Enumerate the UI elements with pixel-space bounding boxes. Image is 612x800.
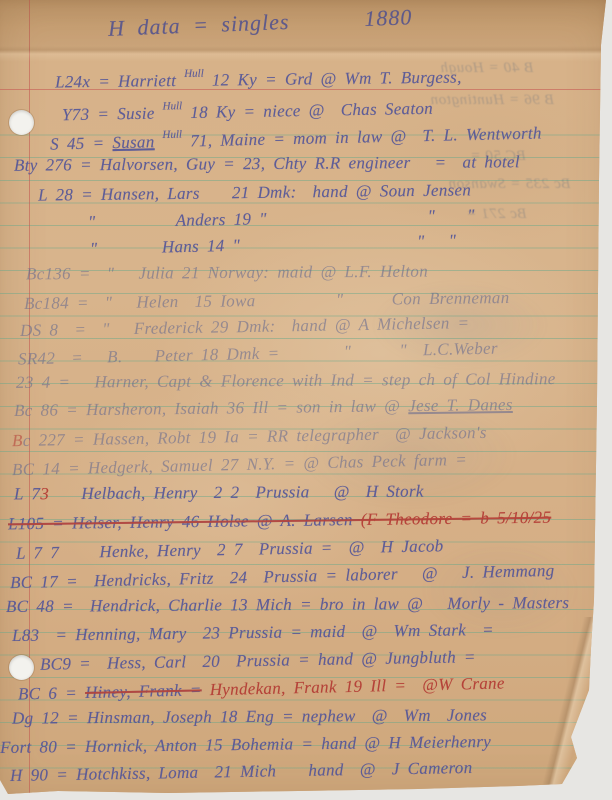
paper-sheet: H data = singles 1880L24x = Harriett Hul… — [0, 0, 612, 800]
handwritten-entry: L24x = Harriett Hull 12 Ky = Grd @ Wm T.… — [55, 66, 462, 91]
handwritten-entry: BC 17 = Hendricks, Fritz 24 Prussia = la… — [10, 562, 555, 591]
ink-text: Dg 12 = Hinsman, Joseph 18 Eng = nephew … — [12, 705, 487, 727]
ink-text: 71, Maine = mom in law @ T. L. Wentworth — [182, 123, 542, 150]
scanned-document: H data = singles 1880L24x = Harriett Hul… — [0, 0, 612, 800]
ink-text: Jese T. Danes — [408, 395, 513, 415]
ink-text: L105 = Helser, Henry 46 Holse @ A. Larse… — [8, 510, 361, 533]
ink-text: Hull — [162, 129, 182, 141]
ink-text: BC 6 = — [18, 683, 85, 704]
ink-text: Bc 86 = Harsheron, Isaiah 36 Ill = son i… — [14, 396, 408, 420]
handwritten-entry: Y73 = Susie Hull 18 Ky = niece @ Chas Se… — [62, 97, 433, 123]
handwritten-entry: DS 8 = " Frederick 29 Dmk: hand @ A Mich… — [20, 314, 478, 339]
handwritten-entry: Bc184 = " Helen 15 Iowa " Con Brenneman — [24, 289, 510, 312]
ink-text: Hull — [184, 68, 204, 80]
handwritten-entry: BC9 = Hess, Carl 20 Prussia = hand @ Jun… — [40, 648, 476, 673]
page-title: H data = singles 1880 — [108, 6, 413, 40]
handwritten-entry: Bc 227 = Hassen, Robt 19 Ia = RR telegra… — [12, 424, 487, 449]
handwritten-entry: L 28 = Hansen, Lars 21 Dmk: hand @ Soun … — [38, 181, 471, 203]
punch-hole-bottom — [9, 655, 34, 680]
ink-text: H data = singles 1880 — [108, 4, 413, 41]
handwritten-entry: BC 48 = Hendrick, Charlie 13 Mich = bro … — [6, 594, 569, 615]
handwritten-entry: BC 14 = Hedgerk, Samuel 27 N.Y. = @ Chas… — [12, 451, 467, 478]
ink-text: DS 8 = " Frederick 29 Dmk: hand @ A Mich… — [20, 313, 478, 340]
ink-text: 12 Ky = Grd @ Wm T. Burgess, — [204, 68, 462, 90]
red-ink-text: Hyndekan, Frank 19 Ill = @W Crane — [201, 673, 504, 699]
handwritten-entry: SR42 = B. Peter 18 Dmk = " " L.C.Weber — [18, 340, 498, 368]
ink-text: L 7 7 Henke, Henry 2 7 Prussia = @ H Jac… — [16, 536, 444, 562]
ink-text: SR42 = B. Peter 18 Dmk = " " L.C.Weber — [18, 339, 498, 369]
handwritten-entry: BC 6 = Hiney, Frank = Hyndekan, Frank 19… — [18, 674, 505, 702]
ink-text: BC9 = Hess, Carl 20 Prussia = hand @ Jun… — [40, 647, 476, 674]
handwritten-entry: " Hans 14 " " " — [90, 232, 456, 257]
red-ink-text: 3 — [40, 484, 49, 503]
handwritten-entry: L 73 Helbach, Henry 2 2 Prussia @ H Stor… — [14, 483, 424, 503]
ink-text: Bty 276 = Halvorsen, Guy = 23, Chty R.R … — [14, 152, 520, 175]
ink-text: L83 = Henning, Mary 23 Prussia = maid @ … — [12, 620, 494, 645]
handwritten-entry: H 90 = Hotchkiss, Loma 21 Mich hand @ J … — [10, 759, 473, 784]
ink-text: BC 14 = Hedgerk, Samuel 27 N.Y. = @ Chas… — [12, 450, 467, 479]
ink-text: L 7 — [14, 484, 40, 503]
handwritten-entry: L83 = Henning, Mary 23 Prussia = maid @ … — [12, 621, 494, 644]
ink-text: L 28 = Hansen, Lars 21 Dmk: hand @ Soun … — [38, 180, 471, 204]
ink-text: Fort 80 = Hornick, Anton 15 Bohemia = ha… — [0, 732, 491, 757]
ink-text: H 90 = Hotchkiss, Loma 21 Mich hand @ J … — [10, 758, 473, 785]
ink-text: Hiney, Frank = — [85, 680, 202, 702]
handwritten-entry: L105 = Helser, Henry 46 Holse @ A. Larse… — [8, 509, 551, 533]
bleed-through-text: B 96 = Huntington — [430, 92, 554, 109]
handwritten-entry: L 7 7 Henke, Henry 2 7 Prussia = @ H Jac… — [16, 537, 444, 561]
punch-hole-top — [9, 110, 34, 135]
handwritten-entry: Bty 276 = Halvorsen, Guy = 23, Chty R.R … — [14, 153, 520, 174]
bleed-through-text: BC 50 = — [470, 148, 526, 165]
handwritten-entry: Bc 86 = Harsheron, Isaiah 36 Ill = son i… — [14, 396, 513, 419]
ink-text: BC 48 = Hendrick, Charlie 13 Mich = bro … — [6, 593, 569, 616]
handwritten-entry: Fort 80 = Hornick, Anton 15 Bohemia = ha… — [0, 733, 491, 756]
ink-text: " Anders 19 " " " — [88, 206, 475, 232]
ink-text: 23 4 = Harner, Capt & Florence with Ind … — [16, 369, 556, 392]
ink-text: Bc136 = " Julia 21 Norway: maid @ L.F. H… — [26, 262, 428, 284]
ink-text: 18 Ky = niece @ Chas Seaton — [182, 99, 433, 122]
ink-text: Hull — [162, 100, 182, 112]
ink-text: " Hans 14 " " " — [90, 231, 457, 258]
red-ink-text: B — [12, 431, 23, 450]
ink-text: Helbach, Henry 2 2 Prussia @ H Stork — [49, 482, 424, 504]
handwritten-entry: 23 4 = Harner, Capt & Florence with Ind … — [16, 370, 556, 391]
ink-text: Susan — [112, 132, 155, 152]
ink-text: Bc184 = " Helen 15 Iowa " Con Brenneman — [24, 288, 510, 313]
ink-text: BC 17 = Hendricks, Fritz 24 Prussia = la… — [10, 561, 555, 592]
ink-text: L24x = Harriett — [55, 71, 184, 92]
bleed-through-text: Bc 235 = Swanson — [448, 176, 571, 193]
handwritten-entry: Dg 12 = Hinsman, Joseph 18 Eng = nephew … — [12, 706, 487, 726]
handwritten-entry: Bc136 = " Julia 21 Norway: maid @ L.F. H… — [26, 263, 428, 283]
ink-text: S 45 = — [50, 133, 113, 153]
ink-text: c 227 = Hassen, Robt 19 Ia = RR telegrap… — [23, 423, 487, 450]
ink-text: Y73 = Susie — [62, 103, 163, 124]
red-ink-text: (F Theodore = b 5/10/25 — [361, 508, 552, 529]
bottom-right-crease — [536, 617, 606, 792]
handwritten-entry: S 45 = Susan Hull 71, Maine = mom in law… — [50, 121, 542, 152]
bleed-through-text: Bc 271 = — [466, 206, 527, 223]
bleed-through-text: B 40 = Hough — [440, 60, 534, 77]
handwritten-entry: " Anders 19 " " " — [88, 207, 475, 231]
